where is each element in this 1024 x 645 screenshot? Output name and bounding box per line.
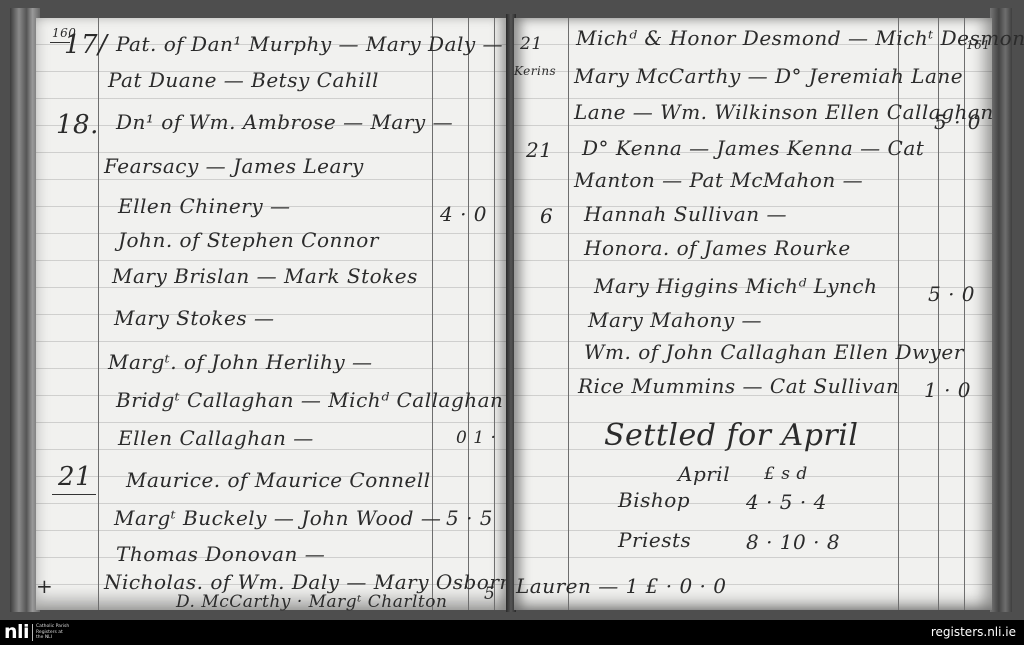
entry-date: 21 bbox=[526, 138, 552, 162]
settlement-month: April bbox=[678, 462, 730, 486]
logo-divider bbox=[32, 624, 33, 641]
date-underline bbox=[52, 494, 96, 495]
entry-text: D. McCarthy · Margᵗ Charlton bbox=[176, 592, 447, 612]
entry-fee: 5 · 5 bbox=[446, 506, 493, 530]
site-url: registers.nli.ie bbox=[931, 625, 1016, 639]
entry-text: Thomas Donovan — bbox=[116, 542, 325, 566]
settlement-values: 4 · 5 · 4 bbox=[746, 490, 827, 514]
entry-text: Bridgᵗ Callaghan — Michᵈ Callaghan bbox=[116, 388, 503, 412]
register-scan: 160 17/ Pat. of Dan¹ Murphy — Mary Daly … bbox=[0, 0, 1024, 620]
entry-text: Mary Mahony — bbox=[588, 308, 762, 332]
entry-text: Rice Mummins — Cat Sullivan bbox=[578, 374, 899, 398]
entry-text: Hannah Sullivan — bbox=[584, 202, 787, 226]
date-column-rule bbox=[98, 18, 99, 610]
entry-fee: 5 bbox=[484, 584, 495, 604]
entry-text: Lane — Wm. Wilkinson Ellen Callaghan bbox=[574, 100, 994, 124]
entry-date: Kerins bbox=[514, 64, 556, 78]
entry-text: Pat. of Dan¹ Murphy — Mary Daly — bbox=[116, 32, 503, 56]
settlement-title: Settled for April bbox=[604, 418, 858, 453]
entry-fee: 0 1 · bbox=[456, 428, 496, 448]
entry-text: D° Kenna — James Kenna — Cat bbox=[582, 136, 924, 160]
entry-text: Nicholas. of Wm. Daly — Mary Osborne bbox=[104, 570, 525, 594]
entry-text: Margᵗ. of John Herlihy — bbox=[108, 350, 373, 374]
entry-text: Maurice. of Maurice Connell bbox=[126, 468, 431, 492]
entry-date: 18. bbox=[56, 110, 99, 140]
entry-fee: 4 · 0 bbox=[440, 202, 487, 226]
settlement-label: Bishop bbox=[618, 488, 690, 512]
entry-fee: 1 · 0 bbox=[924, 378, 971, 402]
entry-text: Pat Duane — Betsy Cahill bbox=[108, 68, 379, 92]
settlement-values: 8 · 10 · 8 bbox=[746, 530, 840, 554]
subtitle-line: the NLI bbox=[36, 635, 69, 641]
book-edge-right bbox=[990, 8, 1012, 612]
entry-text: Dn¹ of Wm. Ambrose — Mary — bbox=[116, 110, 453, 134]
entry-text: John. of Stephen Connor bbox=[118, 228, 379, 252]
settlement-units: £ s d bbox=[764, 464, 808, 484]
entry-date: 6 bbox=[540, 204, 553, 228]
settlement-label: Priests bbox=[618, 528, 691, 552]
left-page: 160 17/ Pat. of Dan¹ Murphy — Mary Daly … bbox=[36, 18, 508, 610]
footer-bar: nli Catholic Parish Registers at the NLI… bbox=[0, 620, 1024, 645]
nli-logo-subtitle: Catholic Parish Registers at the NLI bbox=[36, 624, 69, 641]
right-page: 161 21 Michᵈ & Honor Desmond — Michᵗ Des… bbox=[514, 18, 992, 610]
entry-text: Manton — Pat McMahon — bbox=[574, 168, 863, 192]
date-column-rule bbox=[568, 18, 569, 610]
subtitle-line: Catholic Parish bbox=[36, 624, 69, 630]
entry-text: Mary Brislan — Mark Stokes bbox=[112, 264, 418, 288]
entry-text: Mary McCarthy — D° Jeremiah Lane bbox=[574, 64, 963, 88]
nli-logo: nli bbox=[4, 623, 29, 642]
entry-text: Wm. of John Callaghan Ellen Dwyer bbox=[584, 340, 964, 364]
entry-date: 17/ bbox=[64, 30, 107, 60]
entry-fee: 5 · 0 bbox=[934, 110, 981, 134]
settlement-footnote: Lauren — 1 £ · 0 · 0 bbox=[516, 574, 726, 598]
entry-text: Mary Higgins Michᵈ Lynch bbox=[594, 274, 877, 298]
entry-text: Ellen Chinery — bbox=[118, 194, 290, 218]
fee-column-rule bbox=[494, 18, 495, 610]
entry-date: 21 bbox=[520, 34, 543, 54]
entry-date: + bbox=[36, 574, 53, 598]
entry-text: Fearsacy — James Leary bbox=[104, 154, 364, 178]
entry-fee: 5 · 0 bbox=[928, 282, 975, 306]
entry-text: Honora. of James Rourke bbox=[584, 236, 851, 260]
entry-text: Mary Stokes — bbox=[114, 306, 274, 330]
entry-text: Michᵈ & Honor Desmond — Michᵗ Desmond bbox=[576, 26, 1024, 50]
entry-date: 21 bbox=[58, 462, 92, 492]
entry-text: Margᵗ Buckely — John Wood — bbox=[114, 506, 441, 530]
entry-text: Ellen Callaghan — bbox=[118, 426, 314, 450]
